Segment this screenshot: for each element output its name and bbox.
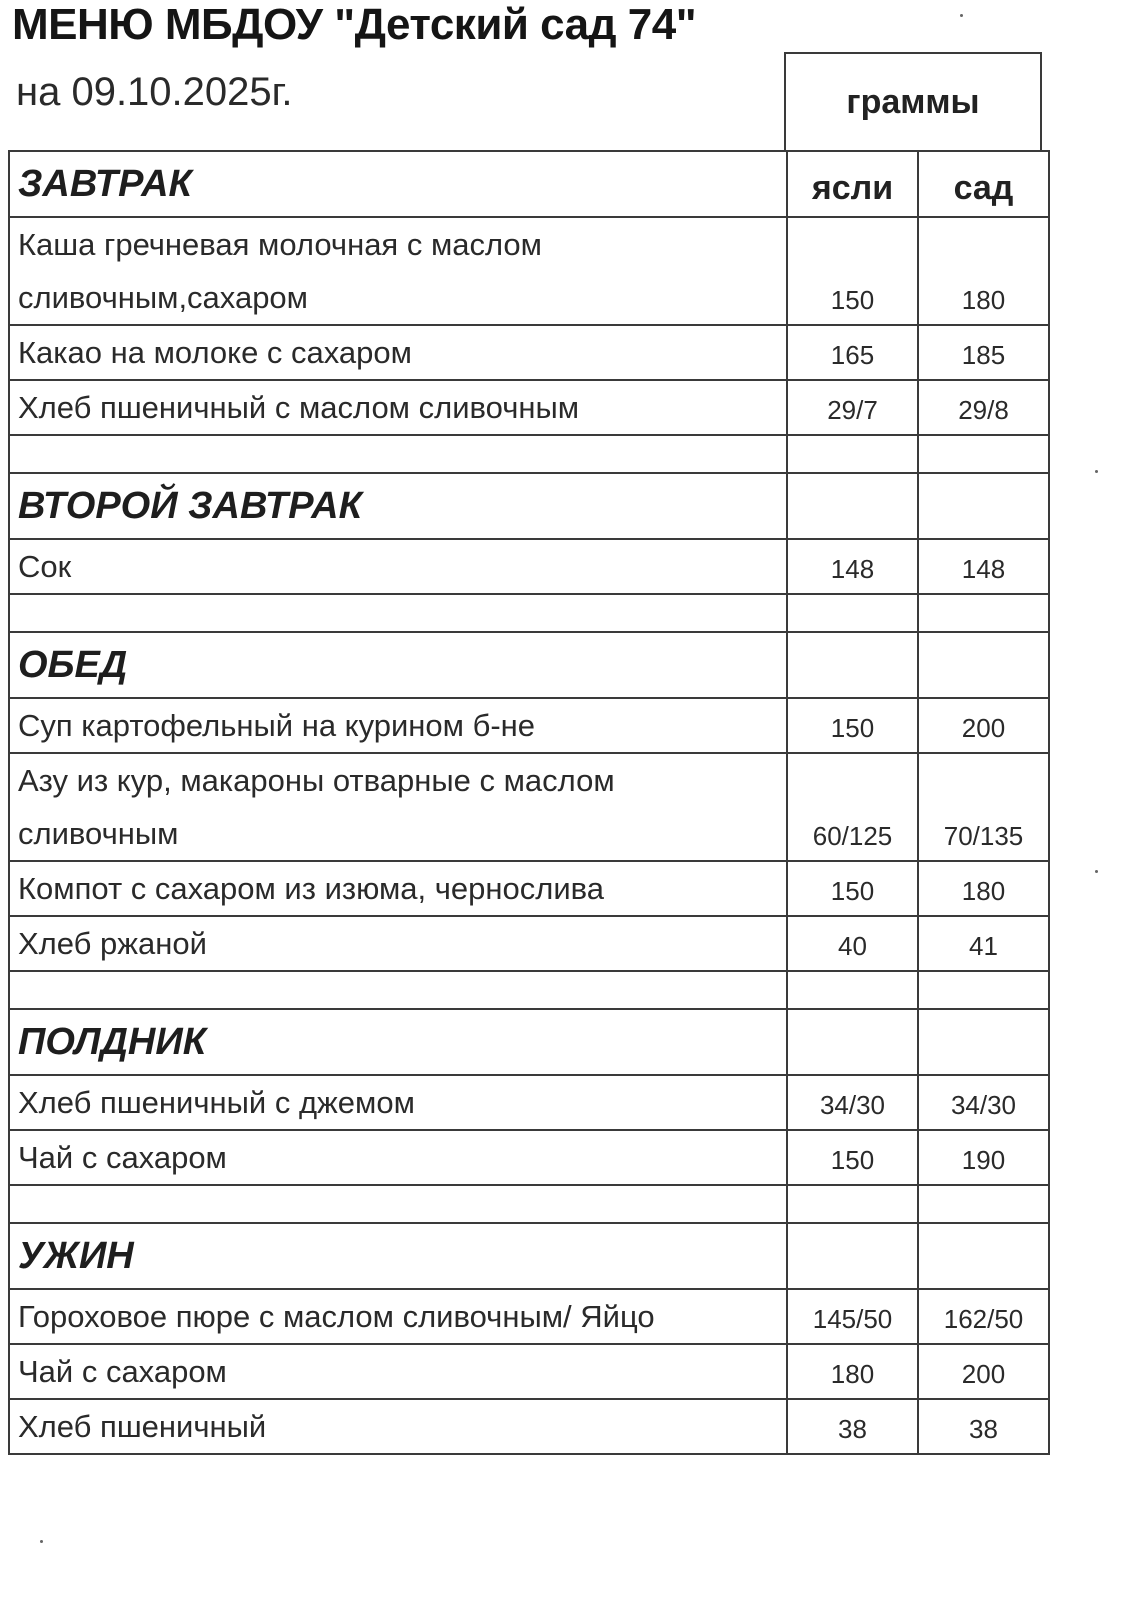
menu-date: на 09.10.2025г. — [16, 70, 292, 115]
scan-speck — [40, 1540, 43, 1543]
dish-name: Хлеб пшеничный с джемом — [9, 1075, 787, 1130]
dish-name: Сок — [9, 539, 787, 594]
section-row-second-breakfast: ВТОРОЙ ЗАВТРАК — [9, 473, 1049, 539]
table-row: Какао на молоке с сахаром 165 185 — [9, 325, 1049, 380]
nursery-portion: 150 — [787, 861, 918, 916]
section-title: ЗАВТРАК — [9, 151, 787, 217]
table-row: Каша гречневая молочная с маслом сливочн… — [9, 217, 1049, 325]
section-row-breakfast: ЗАВТРАК ясли сад — [9, 151, 1049, 217]
table-row: Азу из кур, макароны отварные с маслом с… — [9, 753, 1049, 861]
scan-speck — [1095, 870, 1098, 873]
section-title: ОБЕД — [9, 632, 787, 698]
nursery-portion: 60/125 — [787, 753, 918, 861]
kindergarten-portion: 148 — [918, 539, 1049, 594]
kindergarten-portion: 41 — [918, 916, 1049, 971]
kindergarten-portion: 29/8 — [918, 380, 1049, 435]
kindergarten-portion: 34/30 — [918, 1075, 1049, 1130]
section-title: ВТОРОЙ ЗАВТРАК — [9, 473, 787, 539]
section-row-afternoon-snack: ПОЛДНИК — [9, 1009, 1049, 1075]
table-row: Компот с сахаром из изюма, чернослива 15… — [9, 861, 1049, 916]
dish-name: Чай с сахаром — [9, 1130, 787, 1185]
kindergarten-portion: 38 — [918, 1399, 1049, 1454]
dish-name: Суп картофельный на курином б-не — [9, 698, 787, 753]
section-title: УЖИН — [9, 1223, 787, 1289]
column-header-kindergarten: сад — [918, 151, 1049, 217]
section-row-dinner: УЖИН — [9, 1223, 1049, 1289]
spacer-row — [9, 1185, 1049, 1223]
spacer-row — [9, 594, 1049, 632]
kindergarten-portion: 180 — [918, 217, 1049, 325]
table-row: Сок 148 148 — [9, 539, 1049, 594]
dish-name: Хлеб ржаной — [9, 916, 787, 971]
nursery-portion: 29/7 — [787, 380, 918, 435]
nursery-portion: 148 — [787, 539, 918, 594]
dish-name: Гороховое пюре с маслом сливочным/ Яйцо — [9, 1289, 787, 1344]
dish-name: Компот с сахаром из изюма, чернослива — [9, 861, 787, 916]
dish-name: Какао на молоке с сахаром — [9, 325, 787, 380]
table-row: Чай с сахаром 180 200 — [9, 1344, 1049, 1399]
dish-name: Каша гречневая молочная с маслом сливочн… — [9, 217, 787, 325]
column-header-nursery: ясли — [787, 151, 918, 217]
dish-name: Хлеб пшеничный с маслом сливочным — [9, 380, 787, 435]
spacer-row — [9, 971, 1049, 1009]
nursery-portion: 180 — [787, 1344, 918, 1399]
nursery-portion: 165 — [787, 325, 918, 380]
table-row: Хлеб пшеничный 38 38 — [9, 1399, 1049, 1454]
kindergarten-portion: 200 — [918, 698, 1049, 753]
kindergarten-portion: 200 — [918, 1344, 1049, 1399]
scan-speck — [960, 14, 963, 17]
nursery-portion: 150 — [787, 698, 918, 753]
kindergarten-portion: 70/135 — [918, 753, 1049, 861]
table-row: Суп картофельный на курином б-не 150 200 — [9, 698, 1049, 753]
dish-name: Хлеб пшеничный — [9, 1399, 787, 1454]
menu-table: ЗАВТРАК ясли сад Каша гречневая молочная… — [8, 150, 1050, 1455]
dish-name: Чай с сахаром — [9, 1344, 787, 1399]
nursery-portion: 150 — [787, 217, 918, 325]
table-row: Хлеб пшеничный с маслом сливочным 29/7 2… — [9, 380, 1049, 435]
table-row: Хлеб ржаной 40 41 — [9, 916, 1049, 971]
menu-title: МЕНЮ МБДОУ "Детский сад 74" — [12, 0, 696, 50]
kindergarten-portion: 180 — [918, 861, 1049, 916]
nursery-portion: 40 — [787, 916, 918, 971]
kindergarten-portion: 190 — [918, 1130, 1049, 1185]
scan-speck — [1095, 470, 1098, 473]
dish-name: Азу из кур, макароны отварные с маслом с… — [9, 753, 787, 861]
section-title: ПОЛДНИК — [9, 1009, 787, 1075]
nursery-portion: 38 — [787, 1399, 918, 1454]
section-row-lunch: ОБЕД — [9, 632, 1049, 698]
table-row: Хлеб пшеничный с джемом 34/30 34/30 — [9, 1075, 1049, 1130]
kindergarten-portion: 162/50 — [918, 1289, 1049, 1344]
nursery-portion: 145/50 — [787, 1289, 918, 1344]
table-row: Гороховое пюре с маслом сливочным/ Яйцо … — [9, 1289, 1049, 1344]
spacer-row — [9, 435, 1049, 473]
table-row: Чай с сахаром 150 190 — [9, 1130, 1049, 1185]
nursery-portion: 150 — [787, 1130, 918, 1185]
units-header: граммы — [784, 52, 1042, 150]
kindergarten-portion: 185 — [918, 325, 1049, 380]
nursery-portion: 34/30 — [787, 1075, 918, 1130]
